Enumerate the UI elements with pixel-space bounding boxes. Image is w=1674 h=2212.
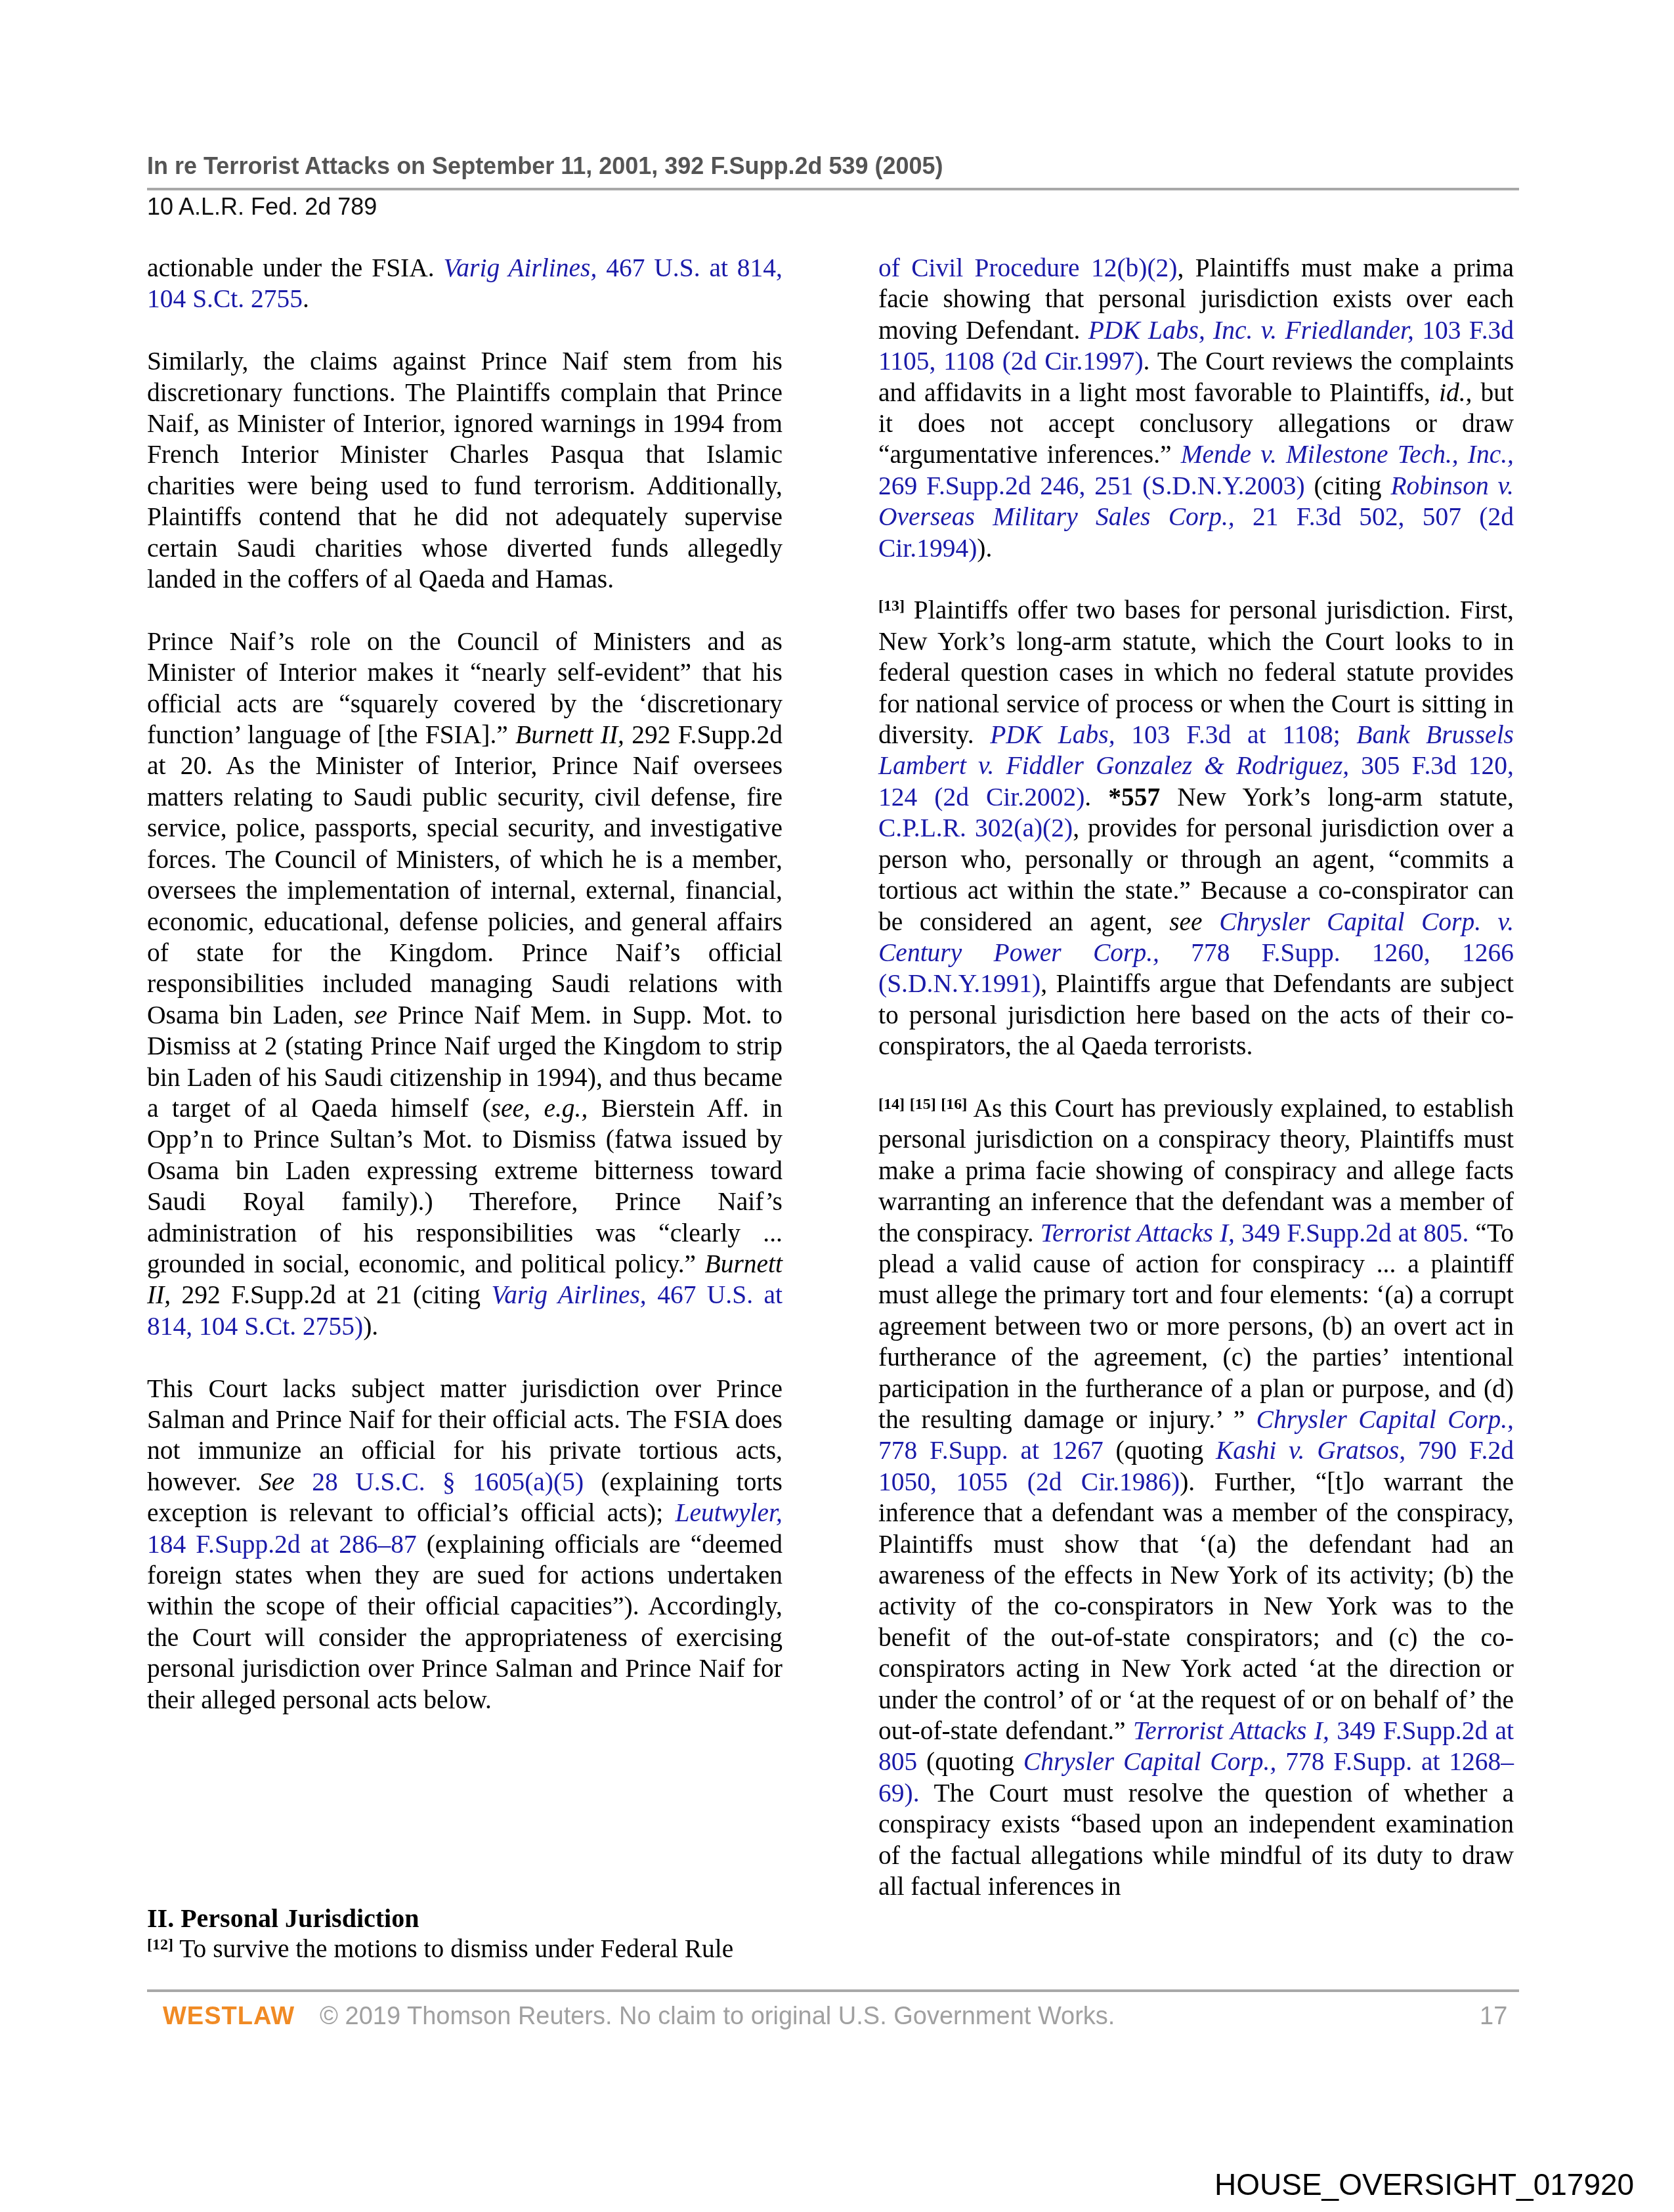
paragraph: [13] Plaintiffs offer two bases for pers… [878,595,1514,1062]
case-link-kashi[interactable]: Kashi v. Gratsos, [1216,1436,1406,1465]
text: (quoting [917,1747,1023,1776]
text: New York’s long-arm statute, [1160,783,1514,812]
text: 292 F.Supp.2d at 20. As the Minister of … [147,720,783,1030]
citation-link-leutwyler[interactable]: 184 F.Supp.2d at 286–87 [147,1530,417,1559]
paragraph: [12] To survive the motions to dismiss u… [147,1934,783,1964]
case-link-chrysler[interactable]: Chrysler Capital Corp., [1023,1747,1276,1776]
signal-see: see [1169,907,1202,936]
citation-link-chrysler[interactable]: 778 F.Supp. at 1267 [878,1436,1104,1465]
signal-see: See [259,1467,295,1496]
document-title: In re Terrorist Attacks on September 11,… [147,152,943,180]
document-citation: 10 A.L.R. Fed. 2d 789 [147,193,377,221]
text: 292 F.Supp.2d at 21 (citing [171,1280,491,1309]
document-page: In re Terrorist Attacks on September 11,… [0,0,1674,2212]
text: The Court must resolve the question of w… [878,1779,1514,1901]
paragraph: [14] [15] [16] As this Court has previou… [878,1093,1514,1903]
case-link-terrorist-attacks-i[interactable]: Terrorist Attacks I, [1041,1219,1235,1247]
header-divider [147,188,1519,190]
text [295,1467,312,1496]
case-link-chrysler[interactable]: Chrysler Capital Corp., [1256,1405,1514,1434]
text: (quoting [1104,1436,1216,1465]
signal-see-eg: see, e.g., [491,1094,588,1123]
citation-link-terrorist-attacks-i[interactable]: 349 F.Supp.2d at 805. [1235,1219,1469,1247]
rule-link-frcp-12b2[interactable]: of Civil Procedure 12(b)(2) [878,253,1178,282]
case-link-pdk-labs[interactable]: PDK Labs, Inc. v. Friedlander, [1088,316,1414,345]
citation-link-mende[interactable]: 269 F.Supp.2d 246, 251 (S.D.N.Y.2003) [878,471,1305,500]
westlaw-logo: WESTLAW [163,2003,295,2031]
text: (citing [1305,471,1391,500]
footer-divider [147,1989,1519,1992]
case-link-mende[interactable]: Mende v. Milestone Tech., Inc., [1181,440,1514,469]
paragraph: Similarly, the claims against Prince Nai… [147,346,783,595]
text: To survive the motions to dismiss under [173,1934,600,1963]
paragraph: This Court lacks subject matter jurisdic… [147,1374,783,1716]
signal-see: see [354,1001,387,1030]
headnote-marker[interactable]: [13] [878,597,905,615]
headnote-markers[interactable]: [14] [15] [16] [878,1096,967,1113]
text: actionable under the FSIA. [147,253,444,282]
paragraph: Prince Naif’s role on the Council of Min… [147,626,783,1342]
text: ). [977,534,992,563]
text: . [1084,783,1108,812]
text: . [303,284,309,313]
statute-link-cplr[interactable]: C.P.L.R. 302(a)(2) [878,813,1073,842]
paragraph: of Civil Procedure 12(b)(2), Plaintiffs … [878,253,1514,564]
rule-link-frcp[interactable]: Federal Rule [600,1934,733,1963]
page-number: 17 [1480,2003,1507,2031]
case-link-varig[interactable]: Varig Airlines, [444,253,597,282]
case-link-terrorist-attacks-i[interactable]: Terrorist Attacks I, [1133,1716,1329,1745]
case-link-pdk-labs[interactable]: PDK Labs, [990,720,1115,749]
bates-number: HOUSE_OVERSIGHT_017920 [1214,2167,1634,2202]
signal-id: id., [1439,378,1472,407]
case-name-burnett: Burnett II, [515,720,624,749]
text: “To plead a valid cause of action for co… [878,1219,1514,1434]
section-heading: II. Personal Jurisdiction [147,1903,419,1934]
paragraph: actionable under the FSIA. Varig Airline… [147,253,783,315]
headnote-marker[interactable]: [12] [147,1936,173,1953]
copyright-notice: © 2019 Thomson Reuters. No claim to orig… [320,2003,1115,2031]
star-page-marker: *557 [1108,783,1160,812]
case-link-leutwyler[interactable]: Leutwyler, [676,1498,783,1527]
text: ). Further, “[t]o warrant the inference … [878,1467,1514,1745]
text [1203,907,1220,936]
citation-link-pdk-labs[interactable]: 103 F.3d at 1108; [1115,720,1357,749]
right-column: of Civil Procedure 12(b)(2), Plaintiffs … [878,253,1514,1934]
left-column: actionable under the FSIA. Varig Airline… [147,253,783,1746]
case-link-varig[interactable]: Varig Airlines, [491,1280,646,1309]
statute-link-usc-1605[interactable]: 28 U.S.C. § 1605(a)(5) [312,1467,584,1496]
text: ). [363,1312,378,1341]
